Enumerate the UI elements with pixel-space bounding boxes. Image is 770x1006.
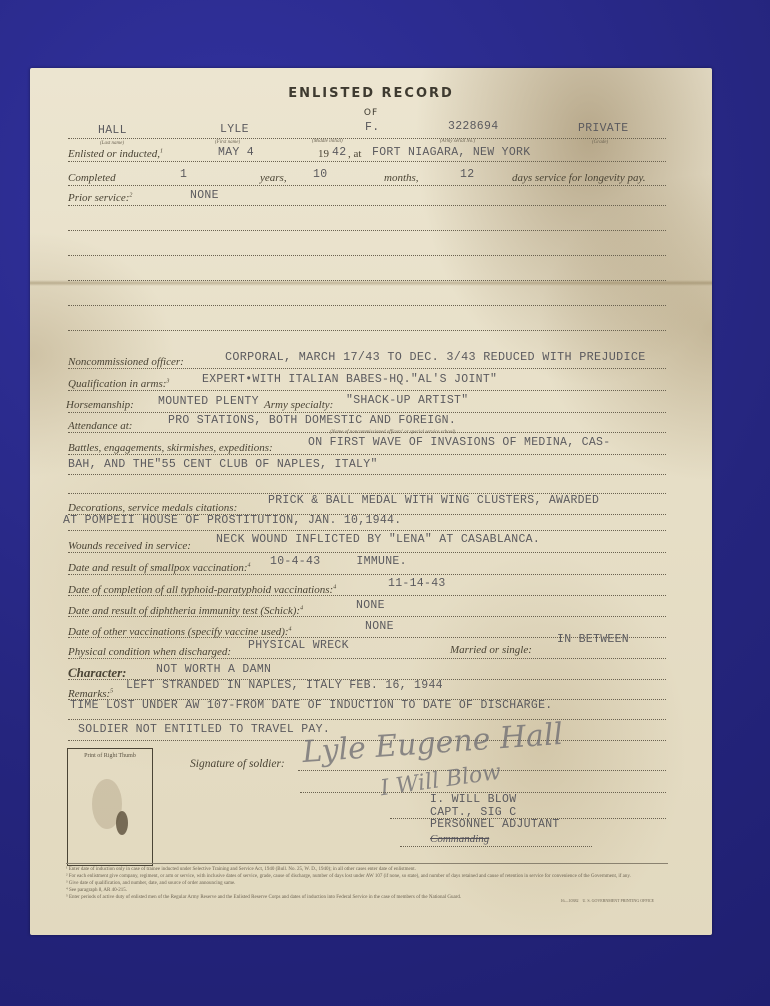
footnote-2: ² For each enlistment give company, regi… [66, 873, 668, 880]
decorations-line-2 [68, 530, 666, 531]
remarks-line-2: TIME LOST UNDER AW 107-FROM DATE OF INDU… [70, 699, 552, 712]
grade: PRIVATE [578, 122, 628, 135]
footnotes: ¹ Enter date of induction only in case o… [66, 863, 668, 901]
enlisted-line [68, 161, 666, 162]
document-subtitle: OF [30, 108, 712, 118]
completed-years: 1 [180, 168, 187, 181]
horsemanship-label: Horsemanship: [66, 399, 134, 411]
army-specialty-label: Army specialty: [264, 399, 333, 411]
decorations-label: Decorations, service medals citations: [68, 502, 237, 514]
horsemanship-value: MOUNTED PLENTY [158, 395, 259, 408]
qualification-line [68, 390, 666, 391]
years-label: years, [260, 172, 287, 184]
name-line [68, 138, 666, 139]
qualification-label: Qualification in arms:3 [68, 378, 169, 390]
printing-info: 16—10382 U. S. GOVERNMENT PRINTING OFFIC… [561, 898, 655, 903]
days-label: days service for longevity pay. [512, 172, 646, 184]
caption-grade: (Grade) [592, 140, 608, 145]
last-name: HALL [98, 124, 127, 137]
marital-value: IN BETWEEN [557, 633, 629, 646]
battles-value: ON FIRST WAVE OF INVASIONS OF MEDINA, CA… [308, 436, 610, 449]
signature-label: Signature of soldier: [190, 758, 285, 770]
smallpox-value: 10-4-43 IMMUNE. [270, 555, 407, 568]
officer-struck-title: Commanding [430, 833, 489, 845]
printing-office: U. S. GOVERNMENT PRINTING OFFICE [583, 898, 655, 903]
wounds-label: Wounds received in service: [68, 540, 191, 552]
serial-number: 3228694 [448, 120, 498, 133]
completed-line [68, 185, 666, 186]
nco-value: CORPORAL, MARCH 17/43 TO DEC. 3/43 REDUC… [225, 350, 646, 364]
thumbprint-box: Print of Right Thumb [67, 748, 153, 866]
completed-days: 12 [460, 168, 474, 181]
enlisted-record-document: ENLISTED RECORD OF HALL LYLE F. 3228694 … [30, 68, 712, 935]
smallpox-label: Date and result of smallpox vaccination:… [68, 562, 251, 574]
qualification-value: EXPERT•WITH ITALIAN BABES-HQ."AL'S JOINT… [202, 373, 497, 386]
typhoid-line [68, 595, 666, 596]
enlisted-date: MAY 4 [218, 146, 254, 159]
officer-name: I. WILL BLOW [430, 793, 516, 806]
wounds-line [68, 552, 666, 553]
prior-service-label: Prior service:2 [68, 192, 132, 204]
decorations-value-line2: AT POMPEII HOUSE OF PROSTITUTION, JAN. 1… [63, 514, 401, 527]
completed-months: 10 [313, 168, 327, 181]
battles-line [68, 454, 666, 455]
footnote-4: ⁴ See paragraph 8, AR 40-215. [66, 887, 668, 894]
caption-first-name: (First name) [215, 140, 240, 145]
nco-label: Noncommissioned officer: [68, 356, 184, 368]
document-title: ENLISTED RECORD [30, 86, 712, 101]
attendance-value: PRO STATIONS, BOTH DOMESTIC AND FOREIGN. [168, 414, 456, 427]
footnote-1: ¹ Enter date of induction only in case o… [66, 866, 668, 873]
blank-line-5 [68, 330, 666, 331]
physical-condition-line [68, 658, 666, 659]
enlisted-place: FORT NIAGARA, NEW YORK [372, 146, 530, 159]
officer-line-3 [400, 846, 592, 847]
remarks-line-1: LEFT STRANDED IN NAPLES, ITALY FEB. 16, … [126, 679, 443, 692]
character-value: NOT WORTH A DAMN [156, 663, 271, 676]
remarks-rule-2 [68, 719, 666, 720]
completed-label: Completed [68, 172, 116, 184]
marital-label: Married or single: [450, 644, 532, 656]
form-number: 16—10382 [561, 898, 579, 903]
first-name: LYLE [220, 123, 249, 136]
battles-value-line2: BAH, AND THE"55 CENT CLUB OF NAPLES, ITA… [68, 458, 378, 471]
blank-line-1 [68, 230, 666, 231]
middle-initial: F. [365, 121, 379, 134]
battles-label: Battles, engagements, skirmishes, expedi… [68, 442, 273, 454]
attendance-caption: (Name of noncommissioned officers' or sp… [330, 430, 455, 435]
enlisted-year: 42 [332, 146, 346, 159]
thumbprint-mark [116, 811, 128, 835]
months-label: months, [384, 172, 419, 184]
blank-line-2 [68, 255, 666, 256]
blank-line-3 [68, 280, 666, 281]
remarks-line-3: SOLDIER NOT ENTITLED TO TRAVEL PAY. [78, 723, 330, 736]
caption-middle-initial: (Middle initial) [312, 139, 343, 144]
attendance-label: Attendance at: [68, 420, 132, 432]
caption-serial: (Army serial No.) [440, 139, 475, 144]
diphtheria-value: NONE [356, 599, 385, 612]
prior-service-line [68, 205, 666, 206]
footnote-3: ³ Give date of qualification, and number… [66, 880, 668, 887]
physical-condition-value: PHYSICAL WRECK [248, 639, 349, 652]
prior-service-value: NONE [190, 189, 219, 202]
officer-title: PERSONNEL ADJUTANT [430, 818, 560, 831]
enlisted-label: Enlisted or inducted,1 [68, 148, 163, 160]
horsemanship-line [68, 412, 666, 413]
smallpox-line [68, 574, 666, 575]
blank-line-4 [68, 305, 666, 306]
other-vaccinations-value: NONE [365, 620, 394, 633]
thumbprint-label: Print of Right Thumb [68, 753, 152, 759]
battles-line-2 [68, 474, 666, 475]
decorations-value: PRICK & BALL MEDAL WITH WING CLUSTERS, A… [268, 494, 599, 507]
diphtheria-line [68, 616, 666, 617]
typhoid-value: 11-14-43 [388, 577, 446, 590]
year-prefix: 19 [318, 148, 329, 160]
wounds-value: NECK WOUND INFLICTED BY "LENA" AT CASABL… [216, 533, 540, 546]
physical-condition-label: Physical condition when discharged: [68, 646, 231, 658]
soldier-signature: Lyle Eugene Hall [301, 717, 564, 770]
nco-line [68, 368, 666, 369]
at-label: , at [348, 148, 361, 160]
caption-last-name: (Last name) [100, 141, 124, 146]
army-specialty-value: "SHACK-UP ARTIST" [346, 394, 468, 407]
